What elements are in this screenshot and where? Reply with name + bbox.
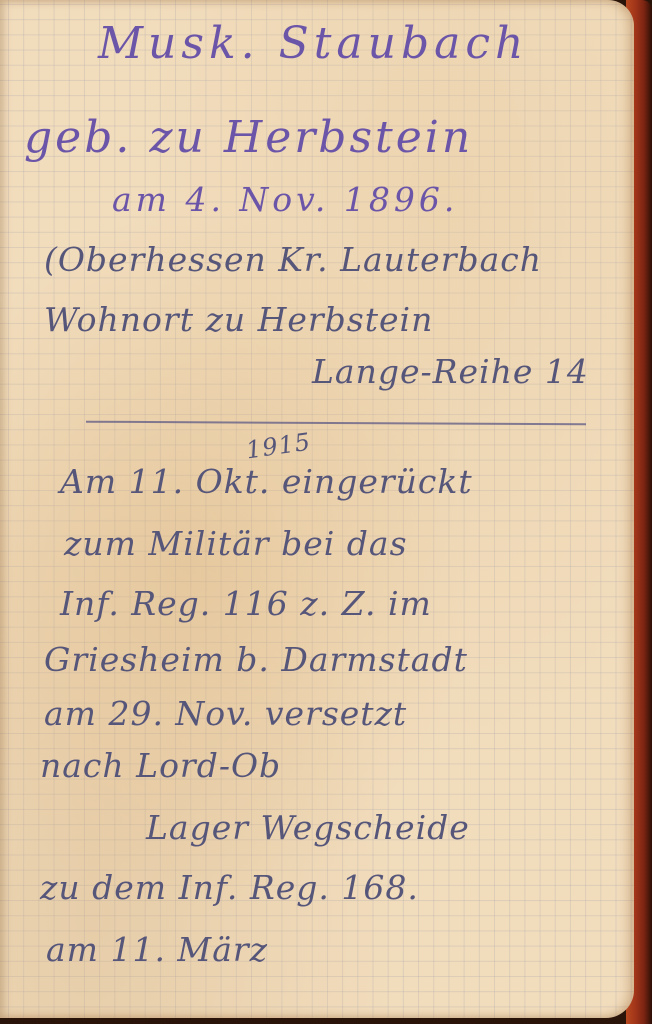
entry-line: Lager Wegscheide (146, 808, 470, 847)
entry-line: am 29. Nov. versetzt (44, 694, 407, 733)
address-line: Lange-Reihe 14 (312, 352, 589, 391)
birth-place-line: geb. zu Herbstein (24, 112, 473, 163)
year-annotation: 1915 (244, 428, 312, 465)
entry-line: am 11. März (46, 930, 268, 969)
notebook: Musk. Staubach geb. zu Herbstein am 4. N… (0, 0, 652, 1024)
residence-line: Wohnort zu Herbstein (44, 300, 433, 339)
entry-line: nach Lord-Ob (40, 746, 281, 785)
entry-line: Griesheim b. Darmstadt (44, 640, 468, 679)
birth-date-line: am 4. Nov. 1896. (112, 180, 458, 219)
entry-line: Inf. Reg. 116 z. Z. im (60, 584, 432, 623)
page-title: Musk. Staubach (98, 18, 528, 69)
notebook-page: Musk. Staubach geb. zu Herbstein am 4. N… (0, 0, 634, 1018)
divider-line (86, 421, 586, 426)
entry-line: Am 11. Okt. eingerückt (60, 462, 473, 501)
entry-line: zum Militär bei das (64, 524, 408, 563)
entry-line: zu dem Inf. Reg. 168. (40, 868, 419, 907)
region-note-line: (Oberhessen Kr. Lauterbach (44, 240, 542, 279)
